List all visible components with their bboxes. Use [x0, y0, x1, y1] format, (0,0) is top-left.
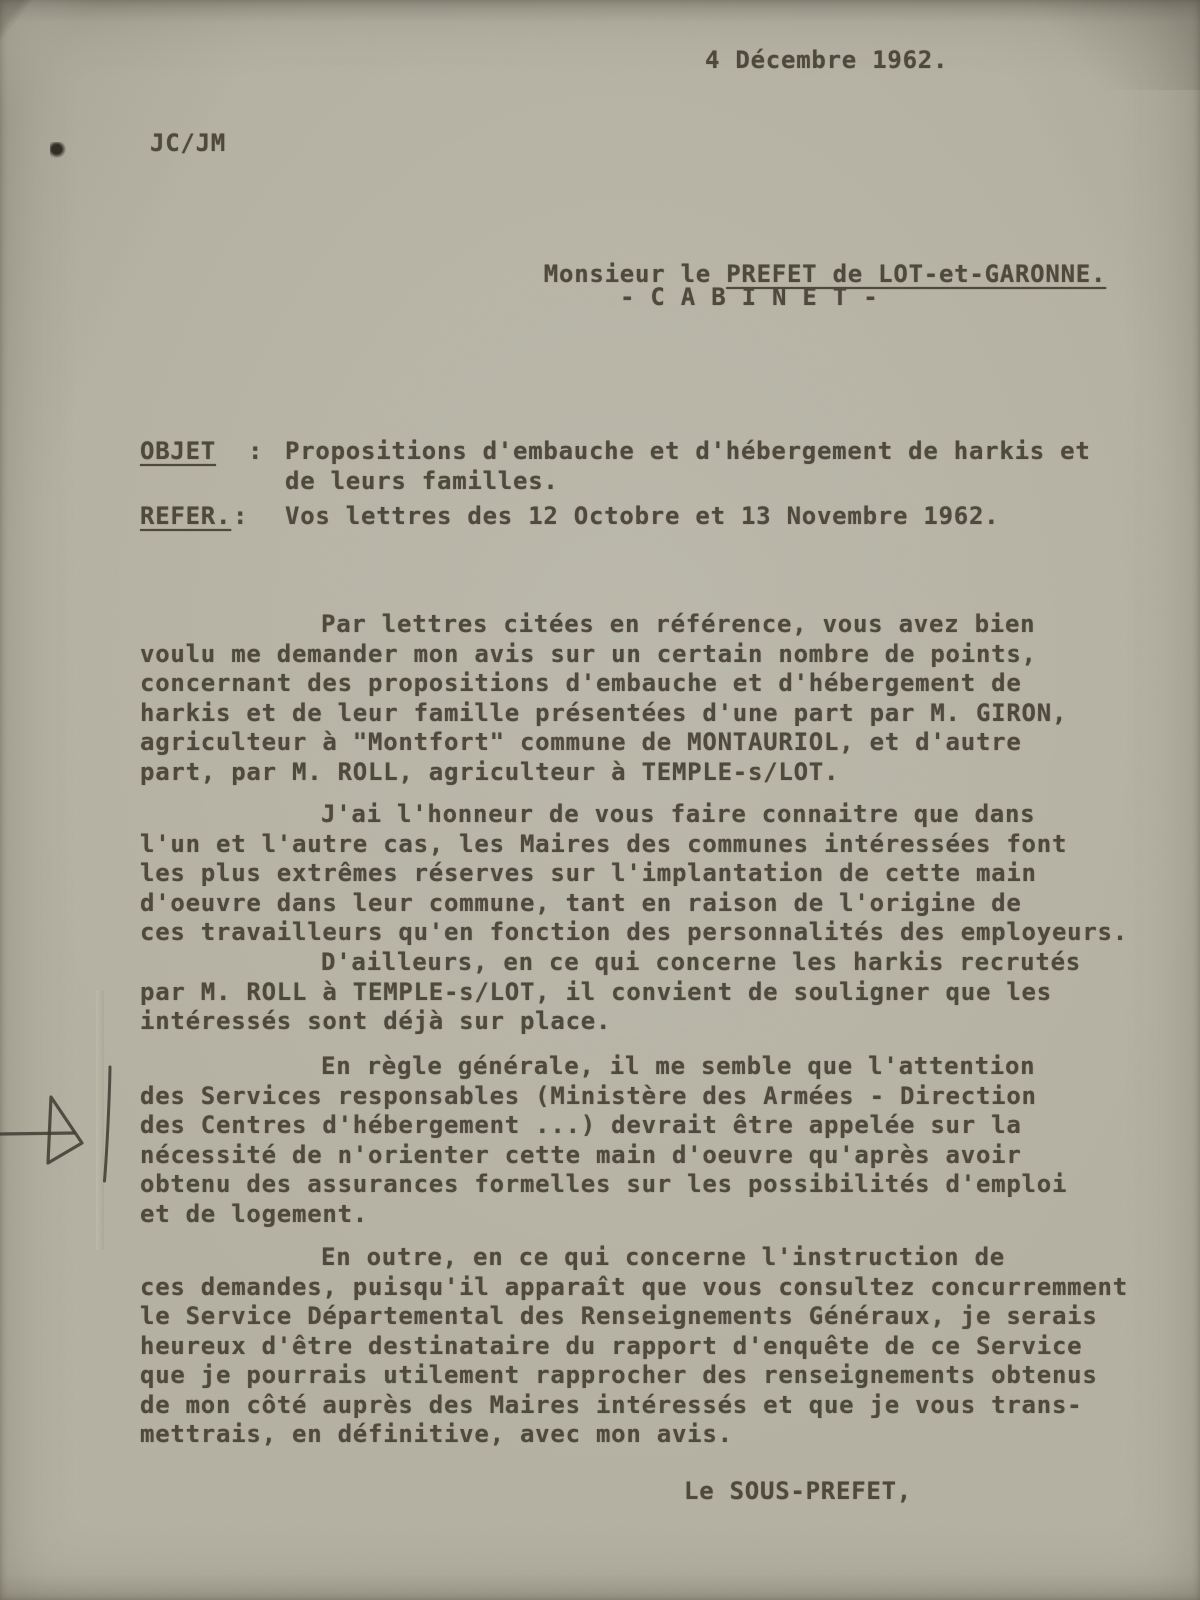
body-paragraph: D'ailleurs, en ce qui concerne les harki…: [140, 948, 1190, 1037]
reference-text: Vos lettres des 12 Octobre et 13 Novembr…: [285, 502, 999, 532]
paper-crease-top-right: [960, 0, 1200, 90]
ink-spot-mark: [50, 142, 66, 158]
subject-text: Propositions d'embauche et d'hébergement…: [285, 437, 1091, 496]
reference-colon: :: [233, 502, 248, 532]
body-paragraph: En règle générale, il me semble que l'at…: [140, 1052, 1190, 1229]
body-paragraph: En outre, en ce qui concerne l'instructi…: [140, 1243, 1200, 1450]
typist-initials: JC/JM: [150, 129, 226, 159]
margin-arrow-tail: [0, 1133, 74, 1134]
margin-arrow-annotation: [0, 1050, 148, 1220]
margin-vertical-line: [105, 1067, 111, 1181]
letter-date: 4 Décembre 1962.: [705, 46, 948, 76]
body-paragraph: Par lettres citées en référence, vous av…: [140, 610, 1190, 787]
paper-crease-top-left: [0, 0, 260, 150]
subject-colon: :: [248, 437, 263, 467]
reference-label: REFER.: [140, 502, 231, 532]
margin-arrow-head: [48, 1097, 82, 1163]
cabinet-line: - C A B I N E T -: [620, 283, 878, 313]
subject-label: OBJET: [140, 437, 216, 467]
body-paragraph: J'ai l'honneur de vous faire connaitre q…: [140, 800, 1190, 948]
signature-line: Le SOUS-PREFET,: [684, 1477, 912, 1507]
paper-sheet: 4 Décembre 1962. JC/JM Monsieur le PREFE…: [0, 0, 1200, 1600]
